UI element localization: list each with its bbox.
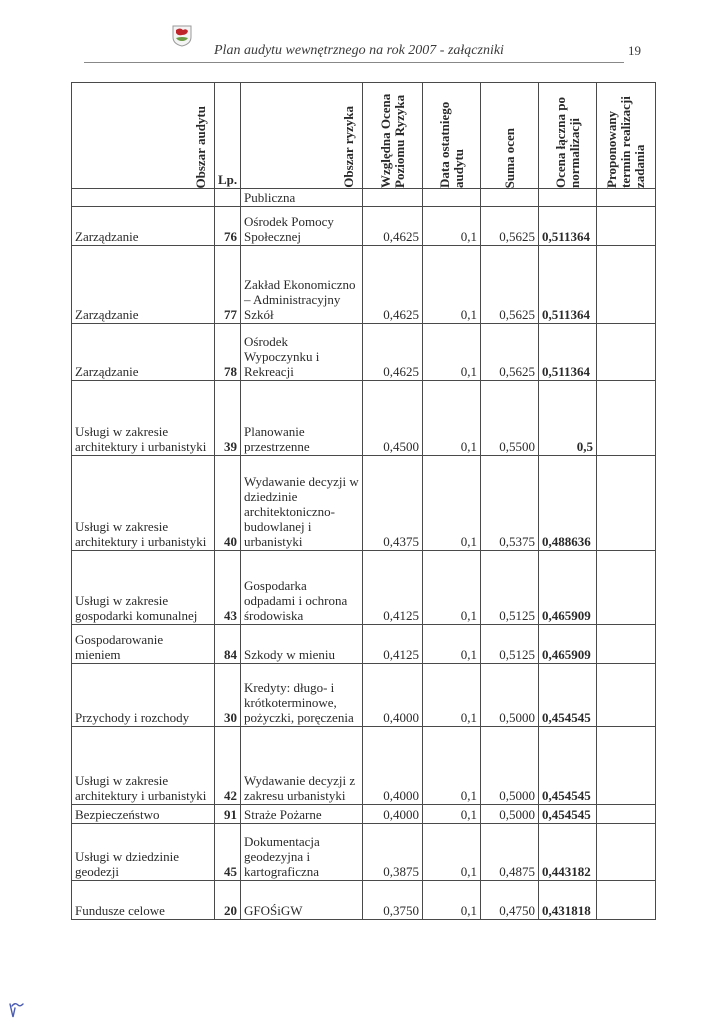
- cell-suma-ocen: 0,4750: [481, 881, 539, 920]
- cell-suma-ocen: 0,5500: [481, 381, 539, 456]
- cell-lp: 45: [215, 824, 241, 881]
- page-header: Plan audytu wewnętrznego na rok 2007 - z…: [0, 0, 724, 70]
- cell-termin: [597, 207, 656, 246]
- cell-termin: [597, 824, 656, 881]
- cell-obszar-ryzyka: Gospodarka odpadami i ochrona środowiska: [241, 551, 363, 625]
- cell-obszar-ryzyka: Wydawanie decyzji z zakresu urbanistyki: [241, 727, 363, 805]
- cell-suma-ocen: 0,5625: [481, 324, 539, 381]
- cell-suma-ocen: [481, 189, 539, 207]
- cell-ocena-laczna: 0,431818: [539, 881, 597, 920]
- cell-suma-ocen: 0,5000: [481, 805, 539, 824]
- cell-ocena-laczna: 0,454545: [539, 805, 597, 824]
- cell-termin: [597, 805, 656, 824]
- cell-suma-ocen: 0,5000: [481, 727, 539, 805]
- cell-wzgledna-ocena: 0,3750: [363, 881, 423, 920]
- cell-obszar-audytu: Usługi w zakresie architektury i urbanis…: [72, 456, 215, 551]
- cell-data-audytu: 0,1: [423, 324, 481, 381]
- cell-obszar-ryzyka: Ośrodek Wypoczynku i Rekreacji: [241, 324, 363, 381]
- cell-termin: [597, 881, 656, 920]
- cell-wzgledna-ocena: [363, 189, 423, 207]
- cell-lp: 91: [215, 805, 241, 824]
- table-row: Bezpieczeństwo 91 Straże Pożarne 0,4000 …: [72, 805, 656, 824]
- cell-lp: 43: [215, 551, 241, 625]
- cell-obszar-ryzyka: Straże Pożarne: [241, 805, 363, 824]
- cell-data-audytu: 0,1: [423, 625, 481, 664]
- cell-wzgledna-ocena: 0,4625: [363, 207, 423, 246]
- table-row: Fundusze celowe 20 GFOŚiGW 0,3750 0,1 0,…: [72, 881, 656, 920]
- column-header-wzgledna-ocena: Względna Ocena Poziomu Ryzyka: [363, 83, 423, 189]
- cell-obszar-ryzyka: Zakład Ekonomiczno – Administracyjny Szk…: [241, 246, 363, 324]
- table-header-row: Obszar audytu Lp. Obszar ryzyka Względna…: [72, 83, 656, 189]
- cell-obszar-audytu: Zarządzanie: [72, 207, 215, 246]
- cell-obszar-audytu: Przychody i rozchody: [72, 664, 215, 727]
- column-header-suma-ocen: Suma ocen: [481, 83, 539, 189]
- cell-data-audytu: 0,1: [423, 805, 481, 824]
- cell-ocena-laczna: 0,511364: [539, 246, 597, 324]
- cell-obszar-audytu: Bezpieczeństwo: [72, 805, 215, 824]
- cell-wzgledna-ocena: 0,4625: [363, 246, 423, 324]
- cell-ocena-laczna: 0,443182: [539, 824, 597, 881]
- table-row: Publiczna: [72, 189, 656, 207]
- cell-ocena-laczna: [539, 189, 597, 207]
- cell-obszar-audytu: Usługi w zakresie architektury i urbanis…: [72, 727, 215, 805]
- cell-termin: [597, 324, 656, 381]
- cell-termin: [597, 456, 656, 551]
- cell-obszar-audytu: Usługi w zakresie architektury i urbanis…: [72, 381, 215, 456]
- table-row: Usługi w zakresie gospodarki komunalnej …: [72, 551, 656, 625]
- cell-data-audytu: 0,1: [423, 881, 481, 920]
- cell-lp: 30: [215, 664, 241, 727]
- cell-data-audytu: 0,1: [423, 207, 481, 246]
- cell-ocena-laczna: 0,488636: [539, 456, 597, 551]
- cell-data-audytu: 0,1: [423, 727, 481, 805]
- cell-wzgledna-ocena: 0,4500: [363, 381, 423, 456]
- cell-obszar-audytu: Usługi w zakresie gospodarki komunalnej: [72, 551, 215, 625]
- cell-lp: 78: [215, 324, 241, 381]
- cell-data-audytu: 0,1: [423, 551, 481, 625]
- cell-wzgledna-ocena: 0,4000: [363, 805, 423, 824]
- cell-lp: 84: [215, 625, 241, 664]
- cell-obszar-ryzyka: Planowanie przestrzenne: [241, 381, 363, 456]
- cell-suma-ocen: 0,4875: [481, 824, 539, 881]
- cell-obszar-ryzyka: Wydawanie decyzji w dziedzinie architekt…: [241, 456, 363, 551]
- cell-obszar-ryzyka: GFOŚiGW: [241, 881, 363, 920]
- cell-wzgledna-ocena: 0,4125: [363, 625, 423, 664]
- cell-termin: [597, 551, 656, 625]
- cell-termin: [597, 625, 656, 664]
- table-row: Przychody i rozchody 30 Kredyty: długo- …: [72, 664, 656, 727]
- table-row: Zarządzanie 76 Ośrodek Pomocy Społecznej…: [72, 207, 656, 246]
- cell-data-audytu: 0,1: [423, 381, 481, 456]
- cell-data-audytu: 0,1: [423, 246, 481, 324]
- column-header-lp: Lp.: [215, 83, 241, 189]
- cell-ocena-laczna: 0,465909: [539, 625, 597, 664]
- cell-obszar-ryzyka: Ośrodek Pomocy Społecznej: [241, 207, 363, 246]
- cell-obszar-ryzyka: Kredyty: długo- i krótkoterminowe, pożyc…: [241, 664, 363, 727]
- cell-obszar-audytu: Usługi w dziedzinie geodezji: [72, 824, 215, 881]
- header-rule: [84, 62, 624, 63]
- cell-wzgledna-ocena: 0,4625: [363, 324, 423, 381]
- cell-lp: 77: [215, 246, 241, 324]
- table-row: Usługi w zakresie architektury i urbanis…: [72, 456, 656, 551]
- cell-ocena-laczna: 0,511364: [539, 207, 597, 246]
- cell-suma-ocen: 0,5125: [481, 551, 539, 625]
- cell-lp: 39: [215, 381, 241, 456]
- cell-obszar-audytu: [72, 189, 215, 207]
- cell-lp: 40: [215, 456, 241, 551]
- cell-data-audytu: 0,1: [423, 824, 481, 881]
- cell-suma-ocen: 0,5625: [481, 246, 539, 324]
- handwritten-mark-icon: [6, 1000, 26, 1020]
- cell-suma-ocen: 0,5375: [481, 456, 539, 551]
- cell-wzgledna-ocena: 0,4125: [363, 551, 423, 625]
- cell-termin: [597, 381, 656, 456]
- cell-obszar-ryzyka: Dokumentacja geodezyjna i kartograficzna: [241, 824, 363, 881]
- cell-data-audytu: [423, 189, 481, 207]
- cell-obszar-ryzyka: Szkody w mieniu: [241, 625, 363, 664]
- column-header-termin: Proponowany termin realizacji zadania: [597, 83, 656, 189]
- cell-suma-ocen: 0,5125: [481, 625, 539, 664]
- cell-obszar-audytu: Zarządzanie: [72, 246, 215, 324]
- cell-lp: [215, 189, 241, 207]
- cell-data-audytu: 0,1: [423, 456, 481, 551]
- cell-suma-ocen: 0,5000: [481, 664, 539, 727]
- cell-termin: [597, 727, 656, 805]
- cell-ocena-laczna: 0,465909: [539, 551, 597, 625]
- cell-wzgledna-ocena: 0,4375: [363, 456, 423, 551]
- cell-wzgledna-ocena: 0,3875: [363, 824, 423, 881]
- column-header-ocena-laczna: Ocena łączna po normalizacji: [539, 83, 597, 189]
- column-header-obszar-ryzyka: Obszar ryzyka: [241, 83, 363, 189]
- cell-obszar-audytu: Zarządzanie: [72, 324, 215, 381]
- cell-termin: [597, 664, 656, 727]
- cell-wzgledna-ocena: 0,4000: [363, 727, 423, 805]
- crest-icon: [172, 25, 192, 47]
- cell-data-audytu: 0,1: [423, 664, 481, 727]
- table-row: Usługi w dziedzinie geodezji 45 Dokument…: [72, 824, 656, 881]
- cell-ocena-laczna: 0,454545: [539, 664, 597, 727]
- cell-suma-ocen: 0,5625: [481, 207, 539, 246]
- cell-lp: 42: [215, 727, 241, 805]
- column-header-data-audytu: Data ostatniego audytu: [423, 83, 481, 189]
- cell-obszar-audytu: Fundusze celowe: [72, 881, 215, 920]
- cell-ocena-laczna: 0,5: [539, 381, 597, 456]
- cell-ocena-laczna: 0,454545: [539, 727, 597, 805]
- table-row: Usługi w zakresie architektury i urbanis…: [72, 727, 656, 805]
- cell-ocena-laczna: 0,511364: [539, 324, 597, 381]
- cell-lp: 76: [215, 207, 241, 246]
- table-row: Zarządzanie 77 Zakład Ekonomiczno – Admi…: [72, 246, 656, 324]
- cell-obszar-audytu: Gospodarowanie mieniem: [72, 625, 215, 664]
- cell-obszar-ryzyka: Publiczna: [241, 189, 363, 207]
- page-number: 19: [628, 43, 641, 59]
- cell-lp: 20: [215, 881, 241, 920]
- table-row: Zarządzanie 78 Ośrodek Wypoczynku i Rekr…: [72, 324, 656, 381]
- document-title: Plan audytu wewnętrznego na rok 2007 - z…: [214, 43, 504, 59]
- cell-termin: [597, 246, 656, 324]
- table-row: Usługi w zakresie architektury i urbanis…: [72, 381, 656, 456]
- cell-wzgledna-ocena: 0,4000: [363, 664, 423, 727]
- cell-termin: [597, 189, 656, 207]
- audit-plan-table: Obszar audytu Lp. Obszar ryzyka Względna…: [71, 82, 656, 920]
- table-row: Gospodarowanie mieniem 84 Szkody w mieni…: [72, 625, 656, 664]
- column-header-obszar-audytu: Obszar audytu: [72, 83, 215, 189]
